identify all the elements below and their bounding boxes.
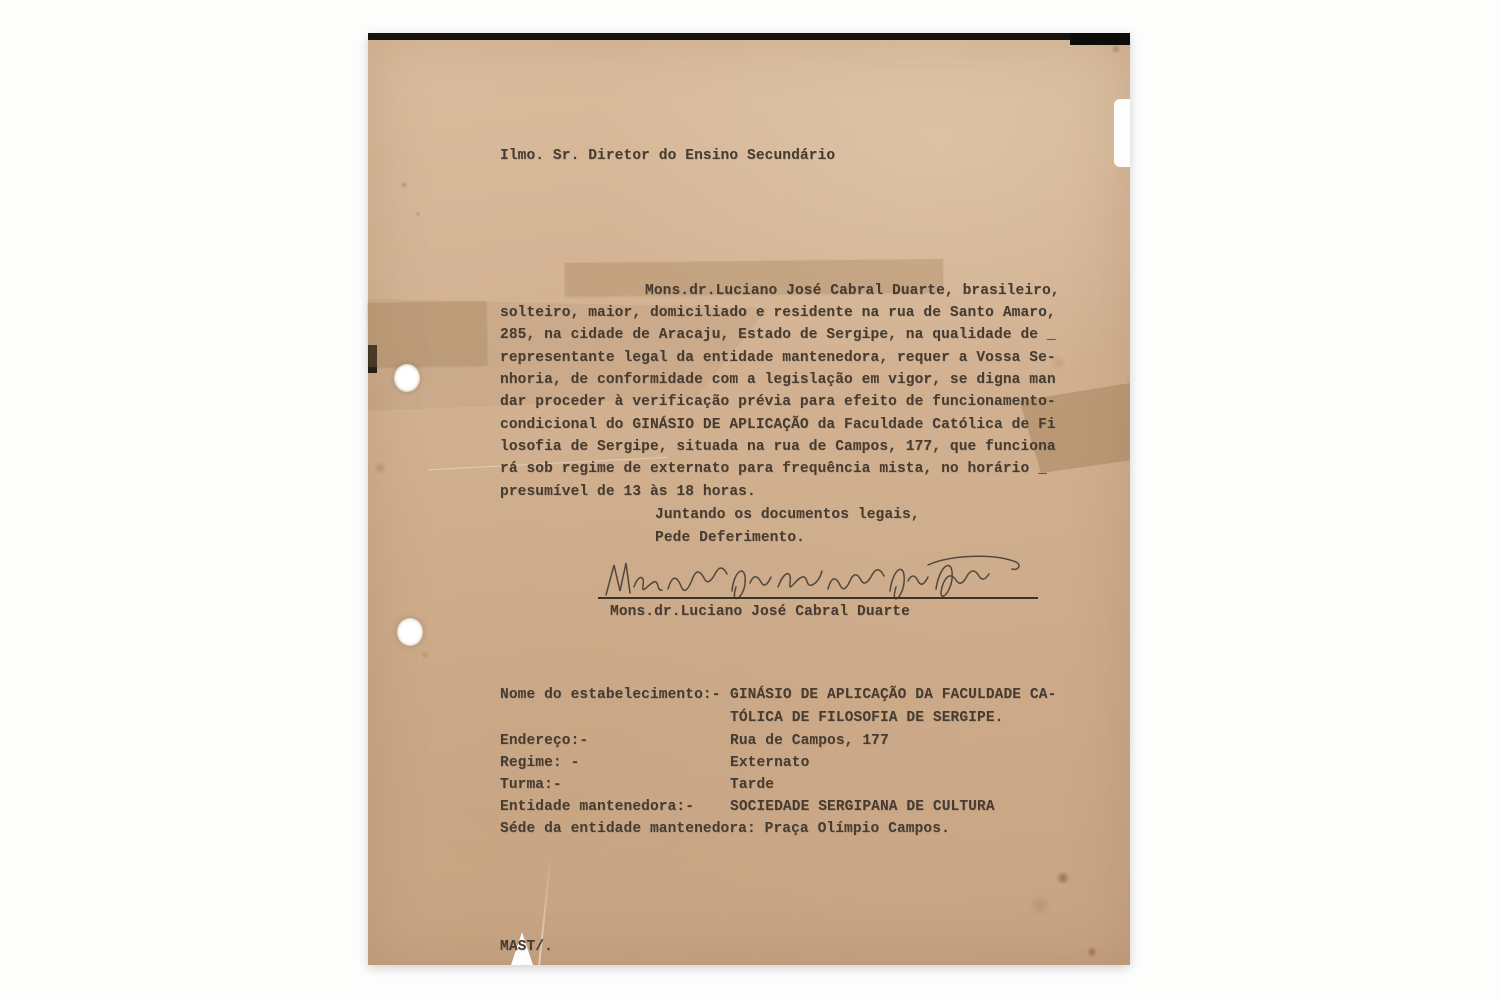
signature-underline	[598, 597, 1038, 599]
body-line: nhoria, de conformidade com a legislação…	[500, 369, 1056, 391]
form-value: Rua de Campos, 177	[730, 730, 889, 752]
body-line: solteiro, maior, domiciliado e residente…	[500, 302, 1056, 324]
form-footer-line: Séde da entidade mantenedora: Praça Olím…	[500, 818, 950, 840]
closing-line: Juntando os documentos legais,	[655, 504, 920, 526]
body-line: 285, na cidade de Aracaju, Estado de Ser…	[500, 324, 1056, 346]
right-edge-notch	[1114, 99, 1130, 167]
body-line: representante legal da entidade mantened…	[500, 347, 1056, 369]
scan-edge-strip	[368, 33, 1130, 40]
form-value: GINÁSIO DE APLICAÇÃO DA FACULDADE CA-	[730, 684, 1056, 706]
form-value: SOCIEDADE SERGIPANA DE CULTURA	[730, 796, 995, 818]
typed-signature-name: Mons.dr.Luciano José Cabral Duarte	[610, 601, 910, 623]
handwritten-signature	[598, 553, 1042, 603]
scan-edge-strip-right	[1070, 33, 1130, 45]
form-label: Regime: -	[500, 752, 579, 774]
body-line: rá sob regime de externato para frequênc…	[500, 458, 1047, 480]
scanned-paper: Ilmo. Sr. Diretor do Ensino Secundário M…	[368, 33, 1130, 965]
body-line: losofia de Sergipe, situada na rua de Ca…	[500, 436, 1056, 458]
body-line: condicional do GINÁSIO DE APLICAÇÃO da F…	[500, 414, 1056, 436]
form-label: Entidade mantenedora:-	[500, 796, 694, 818]
punch-hole-top	[394, 364, 420, 392]
punch-hole-bottom	[397, 618, 423, 646]
salutation: Ilmo. Sr. Diretor do Ensino Secundário	[500, 145, 835, 167]
signature-block	[598, 553, 1042, 603]
form-value: Externato	[730, 752, 809, 774]
body-line: dar proceder à verificação prévia para e…	[500, 391, 1056, 413]
reference-code: MAST/.	[500, 936, 553, 958]
closing-line: Pede Deferimento.	[655, 527, 805, 549]
scanned-document-page: { "document": { "salutation": "Ilmo. Sr.…	[0, 0, 1500, 1000]
form-value: Tarde	[730, 774, 774, 796]
form-label: Nome do estabelecimento:-	[500, 684, 721, 706]
form-label: Turma:-	[500, 774, 562, 796]
body-line: Mons.dr.Luciano José Cabral Duarte, bras…	[645, 280, 1060, 302]
form-value: TÓLICA DE FILOSOFIA DE SERGIPE.	[730, 707, 1003, 729]
form-label: Endereço:-	[500, 730, 588, 752]
body-line: presumível de 13 às 18 horas.	[500, 481, 756, 503]
